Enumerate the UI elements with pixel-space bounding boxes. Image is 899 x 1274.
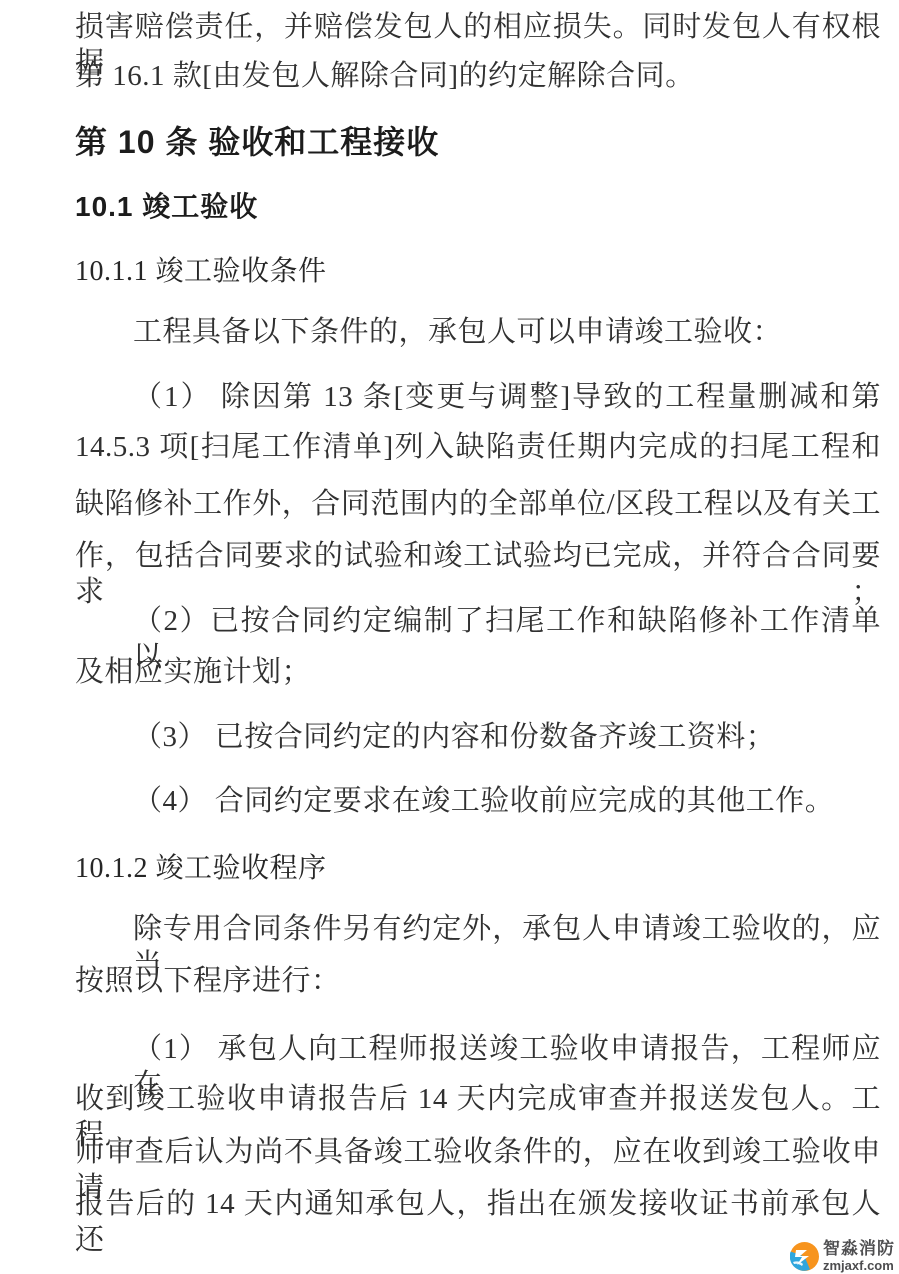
text-line: 10.1.1 竣工验收条件: [75, 254, 881, 290]
brand-logo-icon: [790, 1242, 819, 1271]
text-line: 第 16.1 款[由发包人解除合同]的约定解除合同。: [75, 58, 881, 94]
text-line: 报告后的 14 天内通知承包人，指出在颁发接收证书前承包人还: [75, 1186, 881, 1258]
text-line: 及相应实施计划；: [75, 654, 881, 690]
text-line: 10.1 竣工验收: [75, 189, 881, 225]
text-line: （3） 已按合同约定的内容和份数备齐竣工资料；: [75, 719, 881, 755]
text-line: 14.5.3 项[扫尾工作清单]列入缺陷责任期内完成的扫尾工程和: [75, 429, 881, 465]
text-line: （4） 合同约定要求在竣工验收前应完成的其他工作。: [75, 783, 881, 819]
text-line: 第 10 条 验收和工程接收: [75, 124, 881, 160]
watermark-text: 智淼消防 zmjaxf.com: [823, 1240, 895, 1272]
brand-url: zmjaxf.com: [823, 1259, 895, 1272]
watermark: 智淼消防 zmjaxf.com: [790, 1240, 895, 1272]
text-line: 作，包括合同要求的试验和竣工试验均已完成，并符合合同要求；: [75, 538, 881, 610]
text-line: 按照以下程序进行：: [75, 963, 881, 999]
text-line: （1） 除因第 13 条[变更与调整]导致的工程量删减和第: [75, 379, 881, 415]
text-line: 缺陷修补工作外，合同范围内的全部单位/区段工程以及有关工: [75, 486, 881, 522]
text-line: 工程具备以下条件的，承包人可以申请竣工验收：: [75, 314, 881, 350]
text-line: 10.1.2 竣工验收程序: [75, 851, 881, 887]
document-page: 损害赔偿责任，并赔偿发包人的相应损失。同时发包人有权根据第 16.1 款[由发包…: [0, 0, 899, 1274]
brand-name: 智淼消防: [823, 1240, 895, 1257]
